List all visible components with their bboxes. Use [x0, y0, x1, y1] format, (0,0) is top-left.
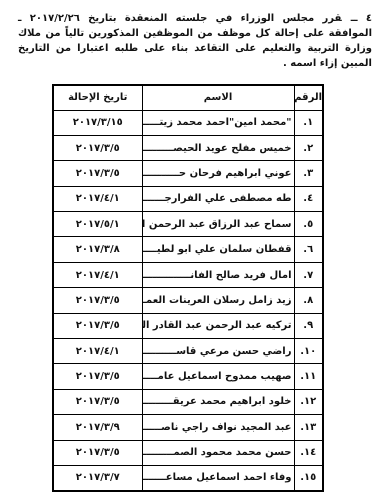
row-number: ١٠. — [294, 339, 323, 364]
row-number: ٨. — [294, 288, 323, 313]
employee-name: حسن محمد محمود الصمـــــــــــــــادي — [142, 440, 294, 465]
row-number: ٥. — [294, 212, 323, 237]
employee-name: عوني ابراهيم فرحان حــــــــــــــــــدا… — [142, 161, 294, 186]
row-number: ٢. — [294, 135, 323, 160]
table-row: ٦. قفطان سلمان علي ابو لطيــــــــــــــ… — [53, 237, 323, 262]
employee-name: خميس مفلح عويد الحيصــــــــــــــــه — [142, 135, 294, 160]
header-number: الرقم — [294, 85, 323, 110]
employee-name: سماح عبد الرزاق عبد الرحمن الاغـــوات — [142, 212, 294, 237]
row-number: ١١. — [294, 364, 323, 389]
table-body: ١. "محمد امين"احمد محمد زيتــــــــــــو… — [53, 110, 323, 491]
table-head: الرقم الاسم تاريخ الإحالة — [53, 85, 323, 110]
decree-text: قرر مجلس الوزراء في جلسته المنعقدة بتاري… — [18, 13, 372, 69]
employee-name: تركيه عبد الرحمن عبد القادر الرواشـــده — [142, 313, 294, 338]
employee-name: عبد المجيد نواف راجي ناصـــــــــــــر — [142, 415, 294, 440]
referral-date: ٢٠١٧/٣/٥ — [53, 440, 142, 465]
referral-date: ٢٠١٧/٣/٥ — [53, 288, 142, 313]
table-row: ١١. صهيب ممدوح اسماعيل عامـــــــــــــر… — [53, 364, 323, 389]
table-row: ٩. تركيه عبد الرحمن عبد القادر الرواشـــ… — [53, 313, 323, 338]
referral-date: ٢٠١٧/٤/١ — [53, 186, 142, 211]
table-header-row: الرقم الاسم تاريخ الإحالة — [53, 85, 323, 110]
referral-date: ٢٠١٧/٣/٥ — [53, 313, 142, 338]
referral-date: ٢٠١٧/٣/١٥ — [53, 110, 142, 135]
referral-date: ٢٠١٧/٣/٧ — [53, 465, 142, 490]
row-number: ٣. — [294, 161, 323, 186]
employee-name: قفطان سلمان علي ابو لطيــــــــــــــــف — [142, 237, 294, 262]
table-row: ١٥. وفاء احمد اسماعيل مساعــــــــــــــ… — [53, 465, 323, 490]
table-row: ١٢. خلود ابراهيم محمد عريقــــــــــــــ… — [53, 389, 323, 414]
employee-name: طه مصطفى علي الفرارجـــــــــــــــه — [142, 186, 294, 211]
employee-name: "محمد امين"احمد محمد زيتــــــــــــون — [142, 110, 294, 135]
table-row: ٥. سماح عبد الرزاق عبد الرحمن الاغـــوات… — [53, 212, 323, 237]
table-row: ١٣. عبد المجيد نواف راجي ناصــــــــــــ… — [53, 415, 323, 440]
employee-name: وفاء احمد اسماعيل مساعــــــــــــــده — [142, 465, 294, 490]
referral-date: ٢٠١٧/٣/٩ — [53, 415, 142, 440]
header-date: تاريخ الإحالة — [53, 85, 142, 110]
referral-date: ٢٠١٧/٣/٨ — [53, 237, 142, 262]
referral-date: ٢٠١٧/٣/٥ — [53, 135, 142, 160]
item-number-marker: ٤ ــ — [351, 13, 372, 24]
table-row: ٤. طه مصطفى علي الفرارجـــــــــــــــه … — [53, 186, 323, 211]
referral-date: ٢٠١٧/٣/٥ — [53, 161, 142, 186]
table-row: ٣. عوني ابراهيم فرحان حـــــــــــــــــ… — [53, 161, 323, 186]
employee-name: راضي حسن مرعي قاســــــــــــــــم — [142, 339, 294, 364]
referral-date: ٢٠١٧/٥/١ — [53, 212, 142, 237]
referral-date: ٢٠١٧/٣/٥ — [53, 364, 142, 389]
employee-name: امال فريد صالح الفانــــــــــــــــــك — [142, 262, 294, 287]
row-number: ٤. — [294, 186, 323, 211]
table-row: ٧. امال فريد صالح الفانـــــــــــــــــ… — [53, 262, 323, 287]
table-row: ٢. خميس مفلح عويد الحيصــــــــــــــــه… — [53, 135, 323, 160]
employee-name: زيد زامل رسلان العرينات العمــــــــــــ… — [142, 288, 294, 313]
row-number: ٦. — [294, 237, 323, 262]
referral-date: ٢٠١٧/٤/١ — [53, 339, 142, 364]
row-number: ٧. — [294, 262, 323, 287]
header-name: الاسم — [142, 85, 294, 110]
row-number: ١. — [294, 110, 323, 135]
referral-date: ٢٠١٧/٤/١ — [53, 262, 142, 287]
referral-date: ٢٠١٧/٣/٥ — [53, 389, 142, 414]
employee-name: صهيب ممدوح اسماعيل عامـــــــــــــر — [142, 364, 294, 389]
table-row: ١٠. راضي حسن مرعي قاســــــــــــــــم ٢… — [53, 339, 323, 364]
employee-name: خلود ابراهيم محمد عريقــــــــــــــات — [142, 389, 294, 414]
table-row: ٨. زيد زامل رسلان العرينات العمـــــــــ… — [53, 288, 323, 313]
row-number: ١٣. — [294, 415, 323, 440]
row-number: ١٥. — [294, 465, 323, 490]
table-row: ١. "محمد امين"احمد محمد زيتــــــــــــو… — [53, 110, 323, 135]
row-number: ٩. — [294, 313, 323, 338]
table-row: ١٤. حسن محمد محمود الصمـــــــــــــــاد… — [53, 440, 323, 465]
document-page: ٤ ــقرر مجلس الوزراء في جلسته المنعقدة ب… — [0, 0, 376, 500]
decree-paragraph: ٤ ــقرر مجلس الوزراء في جلسته المنعقدة ب… — [0, 0, 376, 71]
row-number: ١٢. — [294, 389, 323, 414]
row-number: ١٤. — [294, 440, 323, 465]
retirement-table: الرقم الاسم تاريخ الإحالة ١. "محمد امين"… — [52, 84, 324, 492]
